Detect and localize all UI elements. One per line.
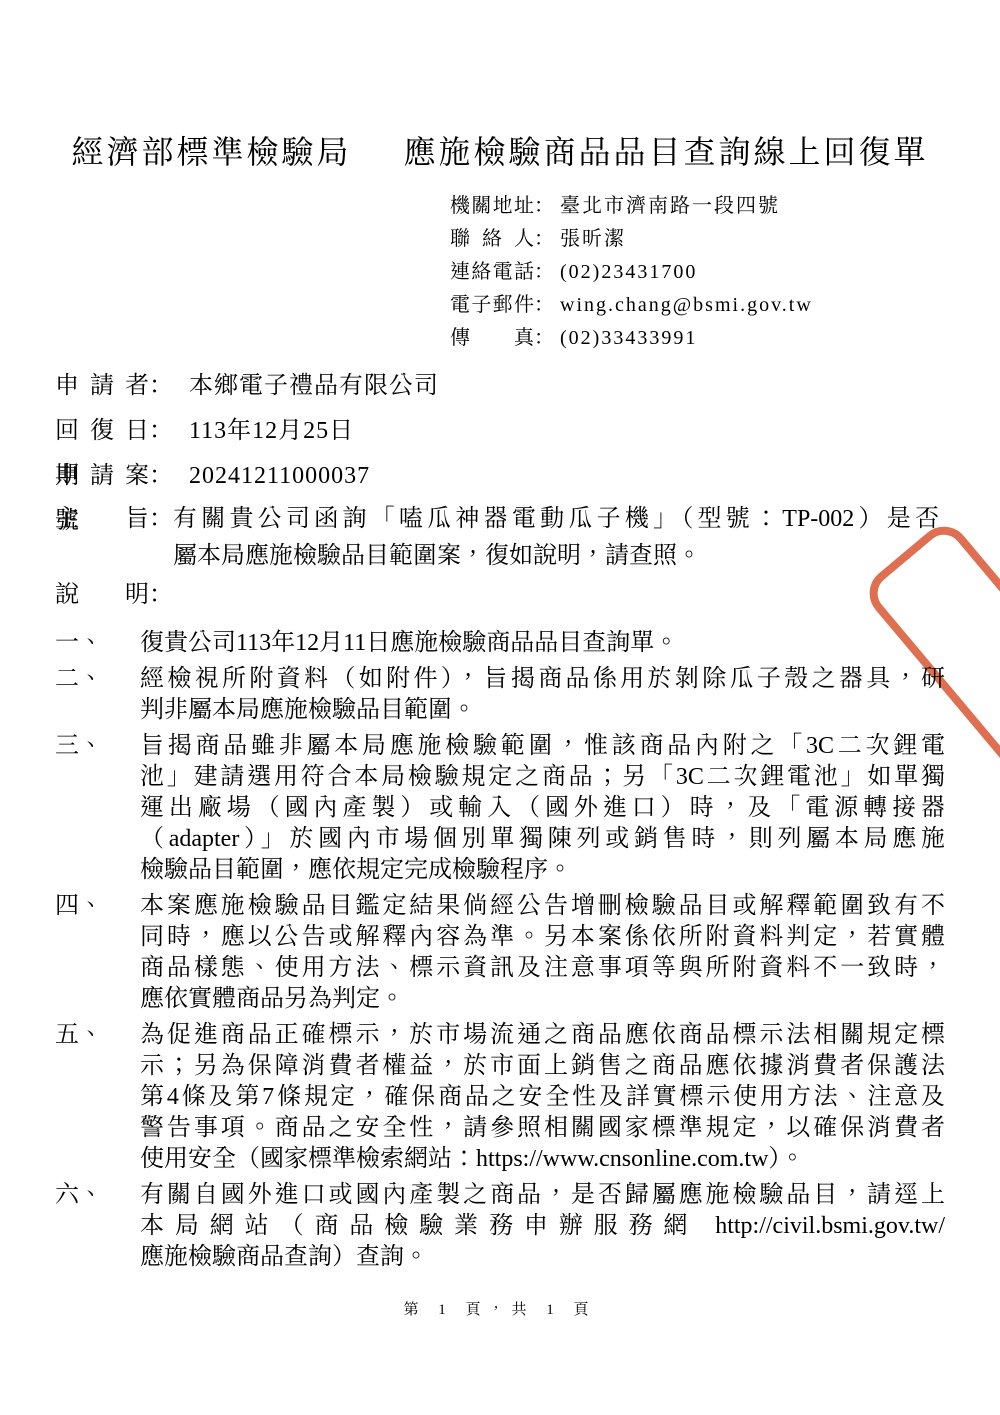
- field-colon: ：: [149, 454, 173, 499]
- text-line: 商品樣態、使用方法、標示資訊及注意事項等與所附資料不一致時，: [140, 953, 945, 984]
- subject-section: 主旨 ： 有關貴公司函詢「嗑瓜神器電動瓜子機」（型號：TP-002）是否屬本局應…: [55, 501, 939, 575]
- text-line: 警告事項。商品之安全性，請參照相關國家標準規定，以確保消費者: [140, 1113, 945, 1144]
- contact-row: 連絡電話 ： (02)23431700: [450, 256, 813, 289]
- explanation-section: 說明 ：: [55, 577, 173, 614]
- contact-block: 機關地址 ： 臺北市濟南路一段四號 聯絡人 ： 張昕潔 連絡電話 ： (02)2…: [450, 190, 813, 355]
- field-row: 申請者 ： 本鄉電子禮品有限公司: [55, 364, 439, 409]
- text-line: 為促進商品正確標示，於市場流通之商品應依商品標示法相關規定標: [140, 1020, 945, 1051]
- contact-value: (02)33433991: [560, 322, 697, 355]
- text-line: 應依實體商品另為判定。: [140, 984, 945, 1015]
- field-row: 申請案號 ： 20241211000037: [55, 454, 439, 499]
- contact-value: 張昕潔: [560, 223, 626, 256]
- title-org: 經濟部標準檢驗局: [71, 134, 351, 170]
- list-item: 五、 為促進商品正確標示，於市場流通之商品應依商品標示法相關規定標示；另為保障消…: [55, 1020, 945, 1175]
- contact-value: 臺北市濟南路一段四號: [560, 190, 780, 223]
- text-line: 使用安全（國家標準檢索網站：https://www.cnsonline.com.…: [140, 1144, 945, 1175]
- field-value: 本鄉電子禮品有限公司: [189, 364, 439, 409]
- title-doc: 應施檢驗商品品目查詢線上回復單: [404, 134, 929, 170]
- text-line: 本案應施檢驗品目鑑定結果倘經公告增刪檢驗品目或解釋範圍致有不: [140, 891, 945, 922]
- list-item-number: 四、: [55, 891, 140, 1015]
- contact-value: (02)23431700: [560, 256, 697, 289]
- text-line: 第4條及第7條規定，確保商品之安全性及詳實標示使用方法、注意及: [140, 1082, 945, 1113]
- text-line: 池」建請選用符合本局檢驗規定之商品；另「3C二次鋰電池」如單獨: [140, 762, 945, 793]
- contact-label: 聯絡人: [450, 223, 534, 256]
- list-item: 一、 復貴公司113年12月11日應施檢驗商品品目查詢單。: [55, 628, 945, 659]
- contact-colon: ：: [534, 190, 554, 223]
- field-value: 20241211000037: [189, 454, 370, 499]
- explanation-items: 一、 復貴公司113年12月11日應施檢驗商品品目查詢單。 二、 經檢視所附資料…: [55, 628, 945, 1278]
- subject-colon: ：: [149, 501, 173, 538]
- contact-colon: ：: [534, 256, 554, 289]
- contact-label: 傳真: [450, 322, 534, 355]
- text-line: 旨揭商品雖非屬本局應施檢驗範圍，惟該商品內附之「3C二次鋰電: [140, 731, 945, 762]
- field-value: 113年12月25日: [189, 409, 354, 454]
- page-number-footer: 第 1 頁，共 1 頁: [0, 1298, 1000, 1319]
- text-line: 本局網站（商品檢驗業務申辦服務網 http://civil.bsmi.gov.t…: [140, 1211, 945, 1242]
- text-line: 應施檢驗商品查詢）查詢。: [140, 1242, 945, 1273]
- field-label: 申請者: [55, 364, 149, 409]
- list-item-text: 為促進商品正確標示，於市場流通之商品應依商品標示法相關規定標示；另為保障消費者權…: [140, 1020, 945, 1175]
- text-line: 運出廠場（國內產製）或輸入（國外進口）時，及「電源轉接器: [140, 793, 945, 824]
- explanation-label: 說明: [55, 577, 149, 614]
- text-line: （adapter）」於國內市場個別單獨陳列或銷售時，則列屬本局應施: [140, 824, 945, 855]
- text-line: 判非屬本局應施檢驗品目範圍。: [140, 695, 945, 726]
- text-line: 屬本局應施檢驗品目範圍案，復如說明，請查照。: [173, 538, 939, 575]
- list-item-text: 旨揭商品雖非屬本局應施檢驗範圍，惟該商品內附之「3C二次鋰電池」建請選用符合本局…: [140, 731, 945, 886]
- text-line: 有關貴公司函詢「嗑瓜神器電動瓜子機」（型號：TP-002）是否: [173, 501, 939, 538]
- text-line: 檢驗品目範圍，應依規定完成檢驗程序。: [140, 855, 945, 886]
- explanation-colon: ：: [149, 577, 173, 614]
- contact-row: 聯絡人 ： 張昕潔: [450, 223, 813, 256]
- list-item: 四、 本案應施檢驗品目鑑定結果倘經公告增刪檢驗品目或解釋範圍致有不同時，應以公告…: [55, 891, 945, 1015]
- text-line: 復貴公司113年12月11日應施檢驗商品品目查詢單。: [140, 628, 945, 659]
- subject-label: 主旨: [55, 501, 149, 538]
- application-fields: 申請者 ： 本鄉電子禮品有限公司 回復日期 ： 113年12月25日 申請案號 …: [55, 364, 439, 499]
- contact-row: 電子郵件 ： wing.chang@bsmi.gov.tw: [450, 289, 813, 322]
- page-title: 經濟部標準檢驗局應施檢驗商品品目查詢線上回復單: [0, 127, 1000, 173]
- subject-text: 有關貴公司函詢「嗑瓜神器電動瓜子機」（型號：TP-002）是否屬本局應施檢驗品目…: [173, 501, 939, 575]
- contact-colon: ：: [534, 322, 554, 355]
- list-item: 三、 旨揭商品雖非屬本局應施檢驗範圍，惟該商品內附之「3C二次鋰電池」建請選用符…: [55, 731, 945, 886]
- list-item-number: 一、: [55, 628, 140, 659]
- contact-row: 傳真 ： (02)33433991: [450, 322, 813, 355]
- list-item-number: 五、: [55, 1020, 140, 1175]
- contact-value: wing.chang@bsmi.gov.tw: [560, 289, 813, 322]
- contact-colon: ：: [534, 289, 554, 322]
- text-line: 示；另為保障消費者權益，於市面上銷售之商品應依據消費者保護法: [140, 1051, 945, 1082]
- field-colon: ：: [149, 409, 173, 454]
- contact-label: 連絡電話: [450, 256, 534, 289]
- list-item-text: 有關自國外進口或國內產製之商品，是否歸屬應施檢驗品目，請逕上本局網站（商品檢驗業…: [140, 1180, 945, 1273]
- document-page: 經濟部標準檢驗局應施檢驗商品品目查詢線上回復單 機關地址 ： 臺北市濟南路一段四…: [0, 0, 1000, 1415]
- contact-colon: ：: [534, 223, 554, 256]
- field-colon: ：: [149, 364, 173, 409]
- contact-row: 機關地址 ： 臺北市濟南路一段四號: [450, 190, 813, 223]
- contact-label: 電子郵件: [450, 289, 534, 322]
- list-item-text: 本案應施檢驗品目鑑定結果倘經公告增刪檢驗品目或解釋範圍致有不同時，應以公告或解釋…: [140, 891, 945, 1015]
- list-item-number: 六、: [55, 1180, 140, 1273]
- list-item-number: 三、: [55, 731, 140, 886]
- list-item-text: 復貴公司113年12月11日應施檢驗商品品目查詢單。: [140, 628, 945, 659]
- list-item-text: 經檢視所附資料（如附件），旨揭商品係用於剝除瓜子殼之器具，研判非屬本局應施檢驗品…: [140, 664, 945, 726]
- list-item: 二、 經檢視所附資料（如附件），旨揭商品係用於剝除瓜子殼之器具，研判非屬本局應施…: [55, 664, 945, 726]
- list-item: 六、 有關自國外進口或國內產製之商品，是否歸屬應施檢驗品目，請逕上本局網站（商品…: [55, 1180, 945, 1273]
- text-line: 經檢視所附資料（如附件），旨揭商品係用於剝除瓜子殼之器具，研: [140, 664, 945, 695]
- contact-label: 機關地址: [450, 190, 534, 223]
- list-item-number: 二、: [55, 664, 140, 726]
- text-line: 有關自國外進口或國內產製之商品，是否歸屬應施檢驗品目，請逕上: [140, 1180, 945, 1211]
- field-row: 回復日期 ： 113年12月25日: [55, 409, 439, 454]
- text-line: 同時，應以公告或解釋內容為準。另本案係依所附資料判定，若實體: [140, 922, 945, 953]
